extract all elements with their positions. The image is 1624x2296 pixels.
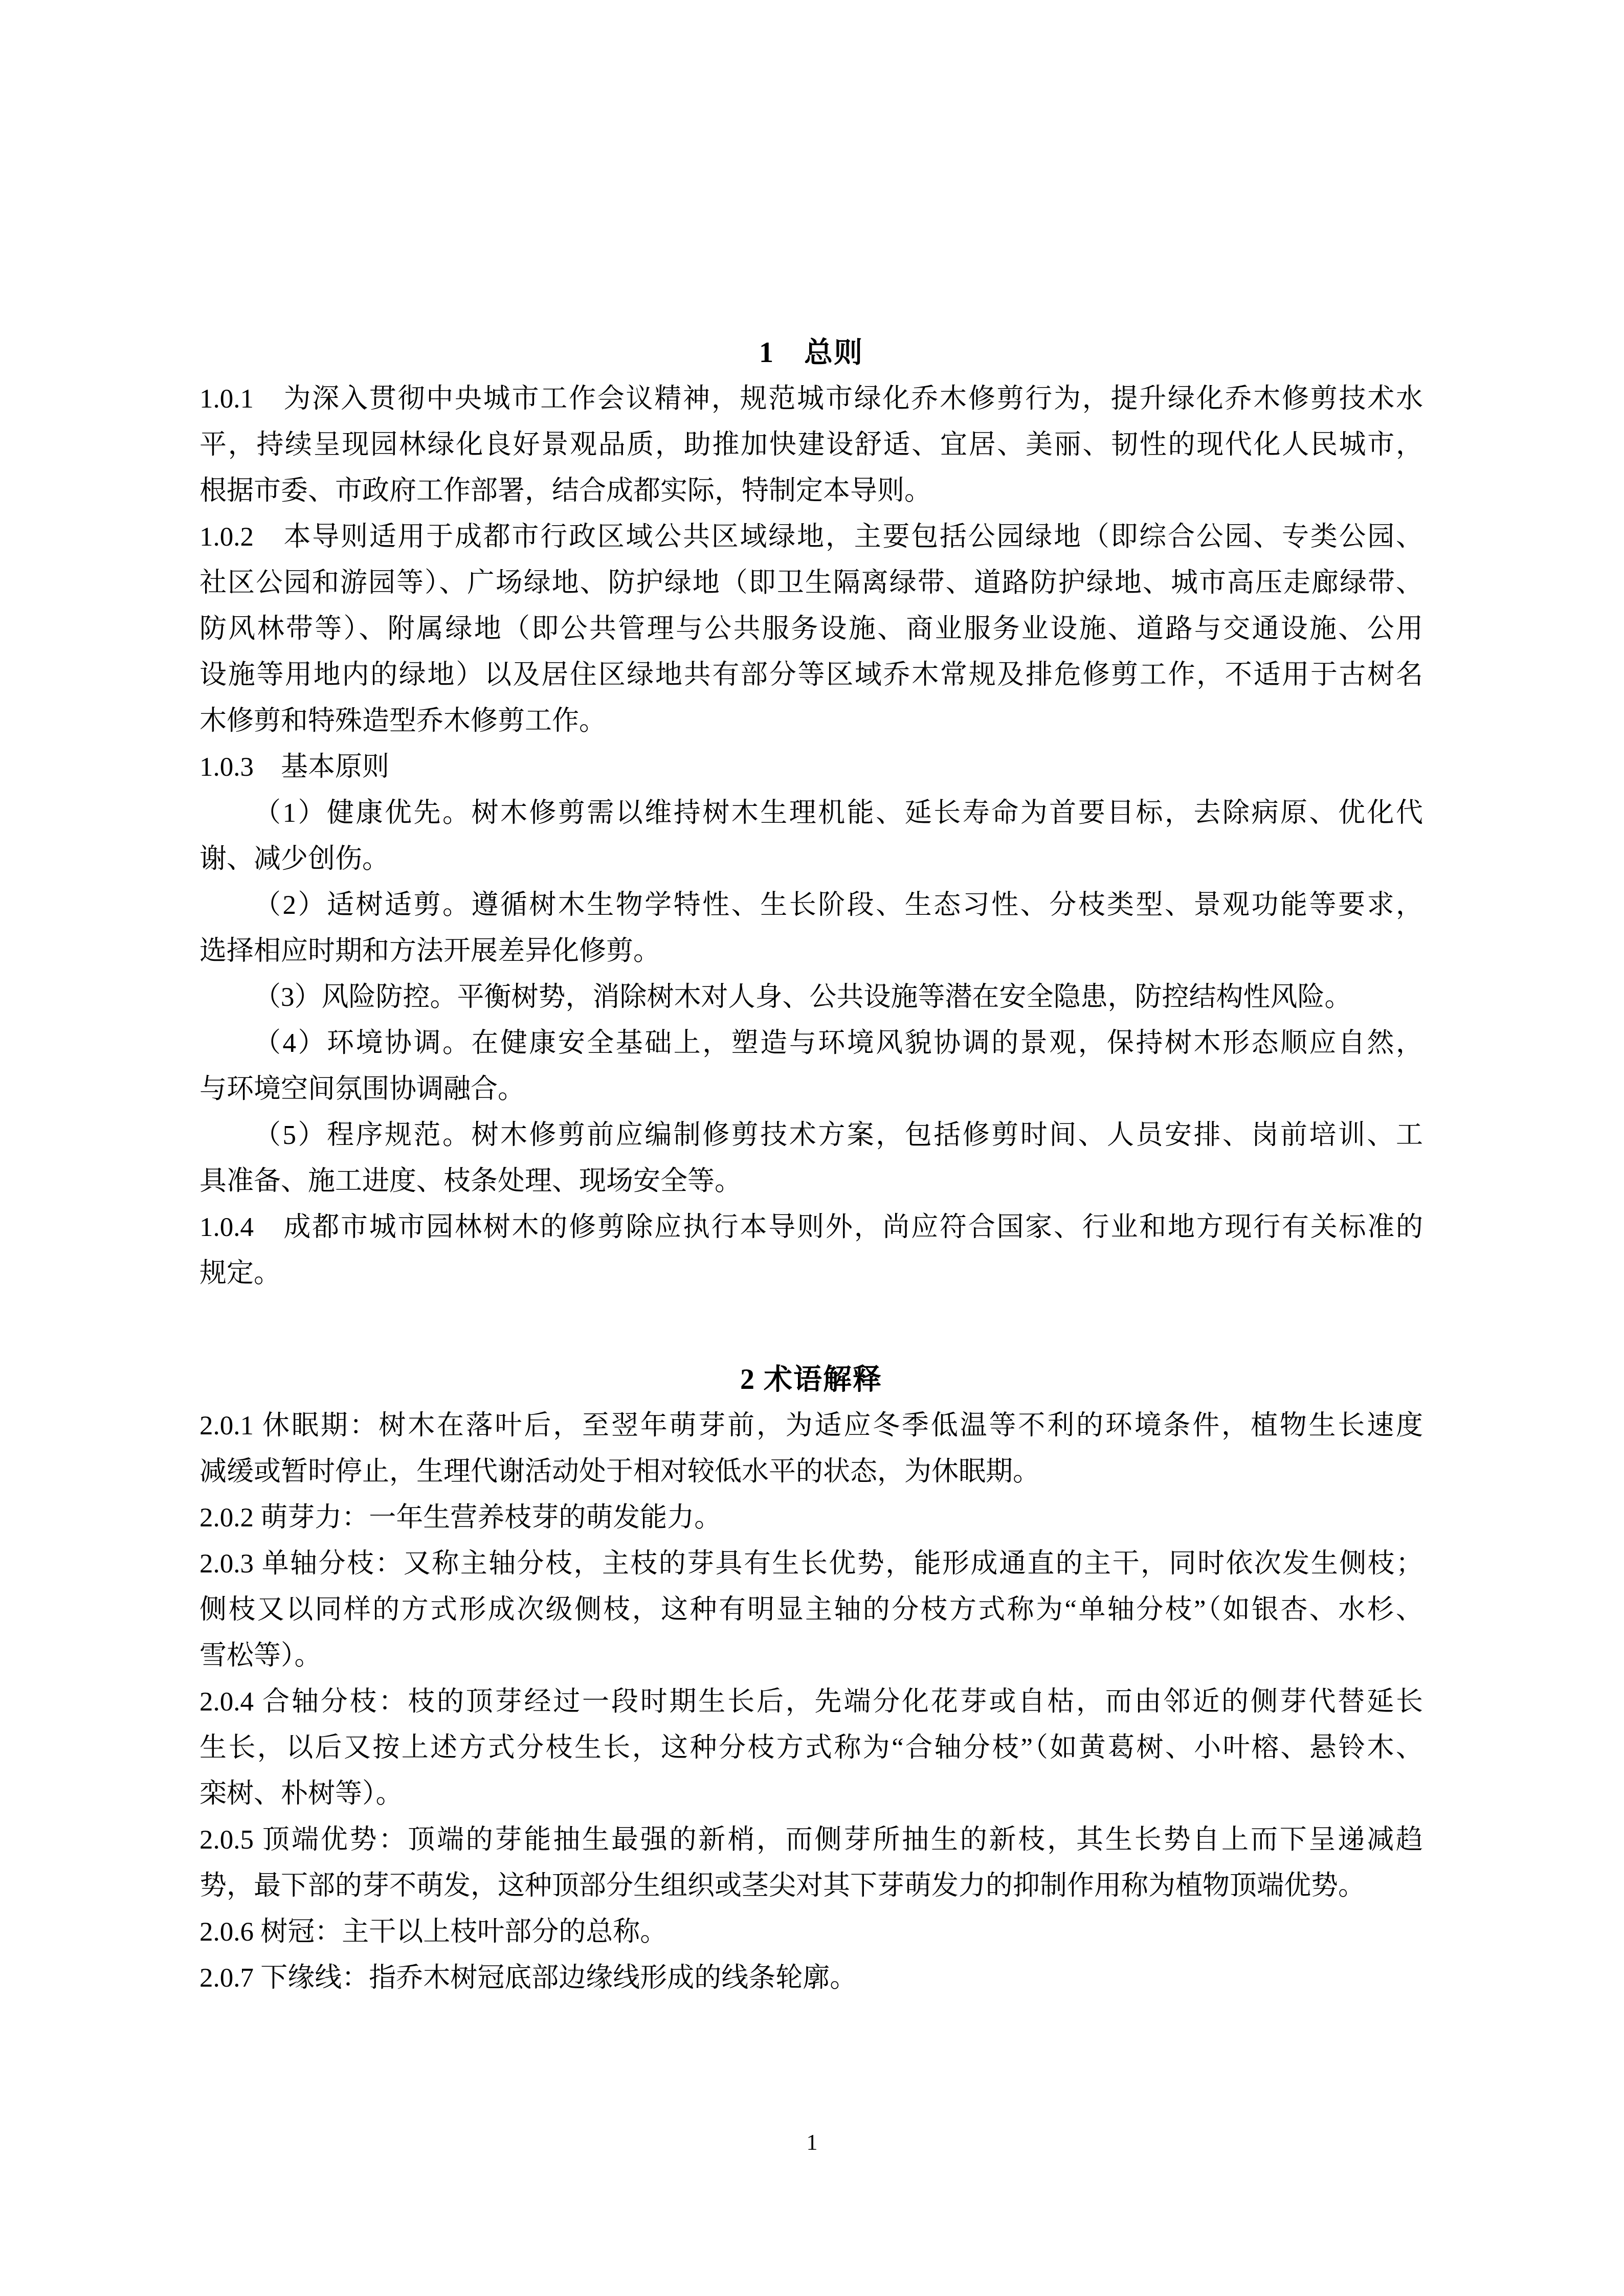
page-content: 1 总则 1.0.1 为深入贯彻中央城市工作会议精神，规范城市绿化乔木修剪行为，… — [199, 330, 1423, 2001]
text-line: 2.0.6 树冠：主干以上枝叶部分的总称。 — [199, 1909, 1423, 1955]
text-line: 2.0.3 单轴分枝：又称主轴分枝，主枝的芽具有生长优势，能形成通直的主干，同时… — [199, 1541, 1423, 1587]
text-line: 1.0.2 本导则适用于成都市行政区域公共区域绿地，主要包括公园绿地（即综合公园… — [199, 514, 1423, 560]
text-line: 谢、减少创伤。 — [199, 836, 1423, 882]
text-line: 选择相应时期和方法开展差异化修剪。 — [199, 928, 1423, 974]
text-line: 设施等用地内的绿地）以及居住区绿地共有部分等区域乔木常规及排危修剪工作，不适用于… — [199, 652, 1423, 698]
text-line: 减缓或暂时停止，生理代谢活动处于相对较低水平的状态，为休眠期。 — [199, 1449, 1423, 1495]
section-title-terminology: 2 术语解释 — [199, 1357, 1423, 1403]
text-line: （4）环境协调。在健康安全基础上，塑造与环境风貌协调的景观，保持树木形态顺应自然… — [199, 1020, 1423, 1066]
text-line: 规定。 — [199, 1250, 1423, 1296]
text-line: （2）适树适剪。遵循树木生物学特性、生长阶段、生态习性、分枝类型、景观功能等要求… — [199, 882, 1423, 928]
text-line: 栾树、朴树等）。 — [199, 1771, 1423, 1817]
page-number: 1 — [0, 2127, 1624, 2158]
text-line: 势，最下部的芽不萌发，这种顶部分生组织或茎尖对其下芽萌发力的抑制作用称为植物顶端… — [199, 1863, 1423, 1909]
text-line: 1.0.3 基本原则 — [199, 744, 1423, 790]
text-line: （5）程序规范。树木修剪前应编制修剪技术方案，包括修剪时间、人员安排、岗前培训、… — [199, 1112, 1423, 1158]
text-line: 2.0.7 下缘线：指乔木树冠底部边缘线形成的线条轮廓。 — [199, 1955, 1423, 2001]
text-line: 与环境空间氛围协调融合。 — [199, 1066, 1423, 1112]
section-general-provisions: 1 总则 1.0.1 为深入贯彻中央城市工作会议精神，规范城市绿化乔木修剪行为，… — [199, 330, 1423, 1296]
text-line: 2.0.5 顶端优势：顶端的芽能抽生最强的新梢，而侧芽所抽生的新枝，其生长势自上… — [199, 1817, 1423, 1863]
text-line: 2.0.2 萌芽力：一年生营养枝芽的萌发能力。 — [199, 1495, 1423, 1541]
text-line: 生长，以后又按上述方式分枝生长，这种分枝方式称为“合轴分枝”（如黄葛树、小叶榕、… — [199, 1725, 1423, 1771]
section-title-general: 1 总则 — [199, 330, 1423, 376]
text-line: 侧枝又以同样的方式形成次级侧枝，这种有明显主轴的分枝方式称为“单轴分枝”（如银杏… — [199, 1587, 1423, 1633]
text-line: 1.0.1 为深入贯彻中央城市工作会议精神，规范城市绿化乔木修剪行为，提升绿化乔… — [199, 376, 1423, 422]
text-line: 具准备、施工进度、枝条处理、现场安全等。 — [199, 1158, 1423, 1204]
text-line: 2.0.4 合轴分枝：枝的顶芽经过一段时期生长后，先端分化花芽或自枯，而由邻近的… — [199, 1679, 1423, 1725]
text-line: 2.0.1 休眠期：树木在落叶后，至翌年萌芽前，为适应冬季低温等不利的环境条件，… — [199, 1403, 1423, 1449]
document-page: 1 总则 1.0.1 为深入贯彻中央城市工作会议精神，规范城市绿化乔木修剪行为，… — [0, 0, 1624, 2296]
section-terminology: 2 术语解释 2.0.1 休眠期：树木在落叶后，至翌年萌芽前，为适应冬季低温等不… — [199, 1357, 1423, 2001]
text-line: （1）健康优先。树木修剪需以维持树木生理机能、延长寿命为首要目标，去除病原、优化… — [199, 790, 1423, 836]
text-line: 雪松等）。 — [199, 1633, 1423, 1679]
text-line: 1.0.4 成都市城市园林树木的修剪除应执行本导则外，尚应符合国家、行业和地方现… — [199, 1204, 1423, 1250]
text-line: 根据市委、市政府工作部署，结合成都实际，特制定本导则。 — [199, 468, 1423, 514]
text-line: 木修剪和特殊造型乔木修剪工作。 — [199, 698, 1423, 744]
text-line: 社区公园和游园等）、广场绿地、防护绿地（即卫生隔离绿带、道路防护绿地、城市高压走… — [199, 560, 1423, 606]
text-line: 平，持续呈现园林绿化良好景观品质，助推加快建设舒适、宜居、美丽、韧性的现代化人民… — [199, 422, 1423, 468]
text-line: （3）风险防控。平衡树势，消除树木对人身、公共设施等潜在安全隐患，防控结构性风险… — [199, 974, 1423, 1020]
text-line: 防风林带等）、附属绿地（即公共管理与公共服务设施、商业服务业设施、道路与交通设施… — [199, 606, 1423, 652]
